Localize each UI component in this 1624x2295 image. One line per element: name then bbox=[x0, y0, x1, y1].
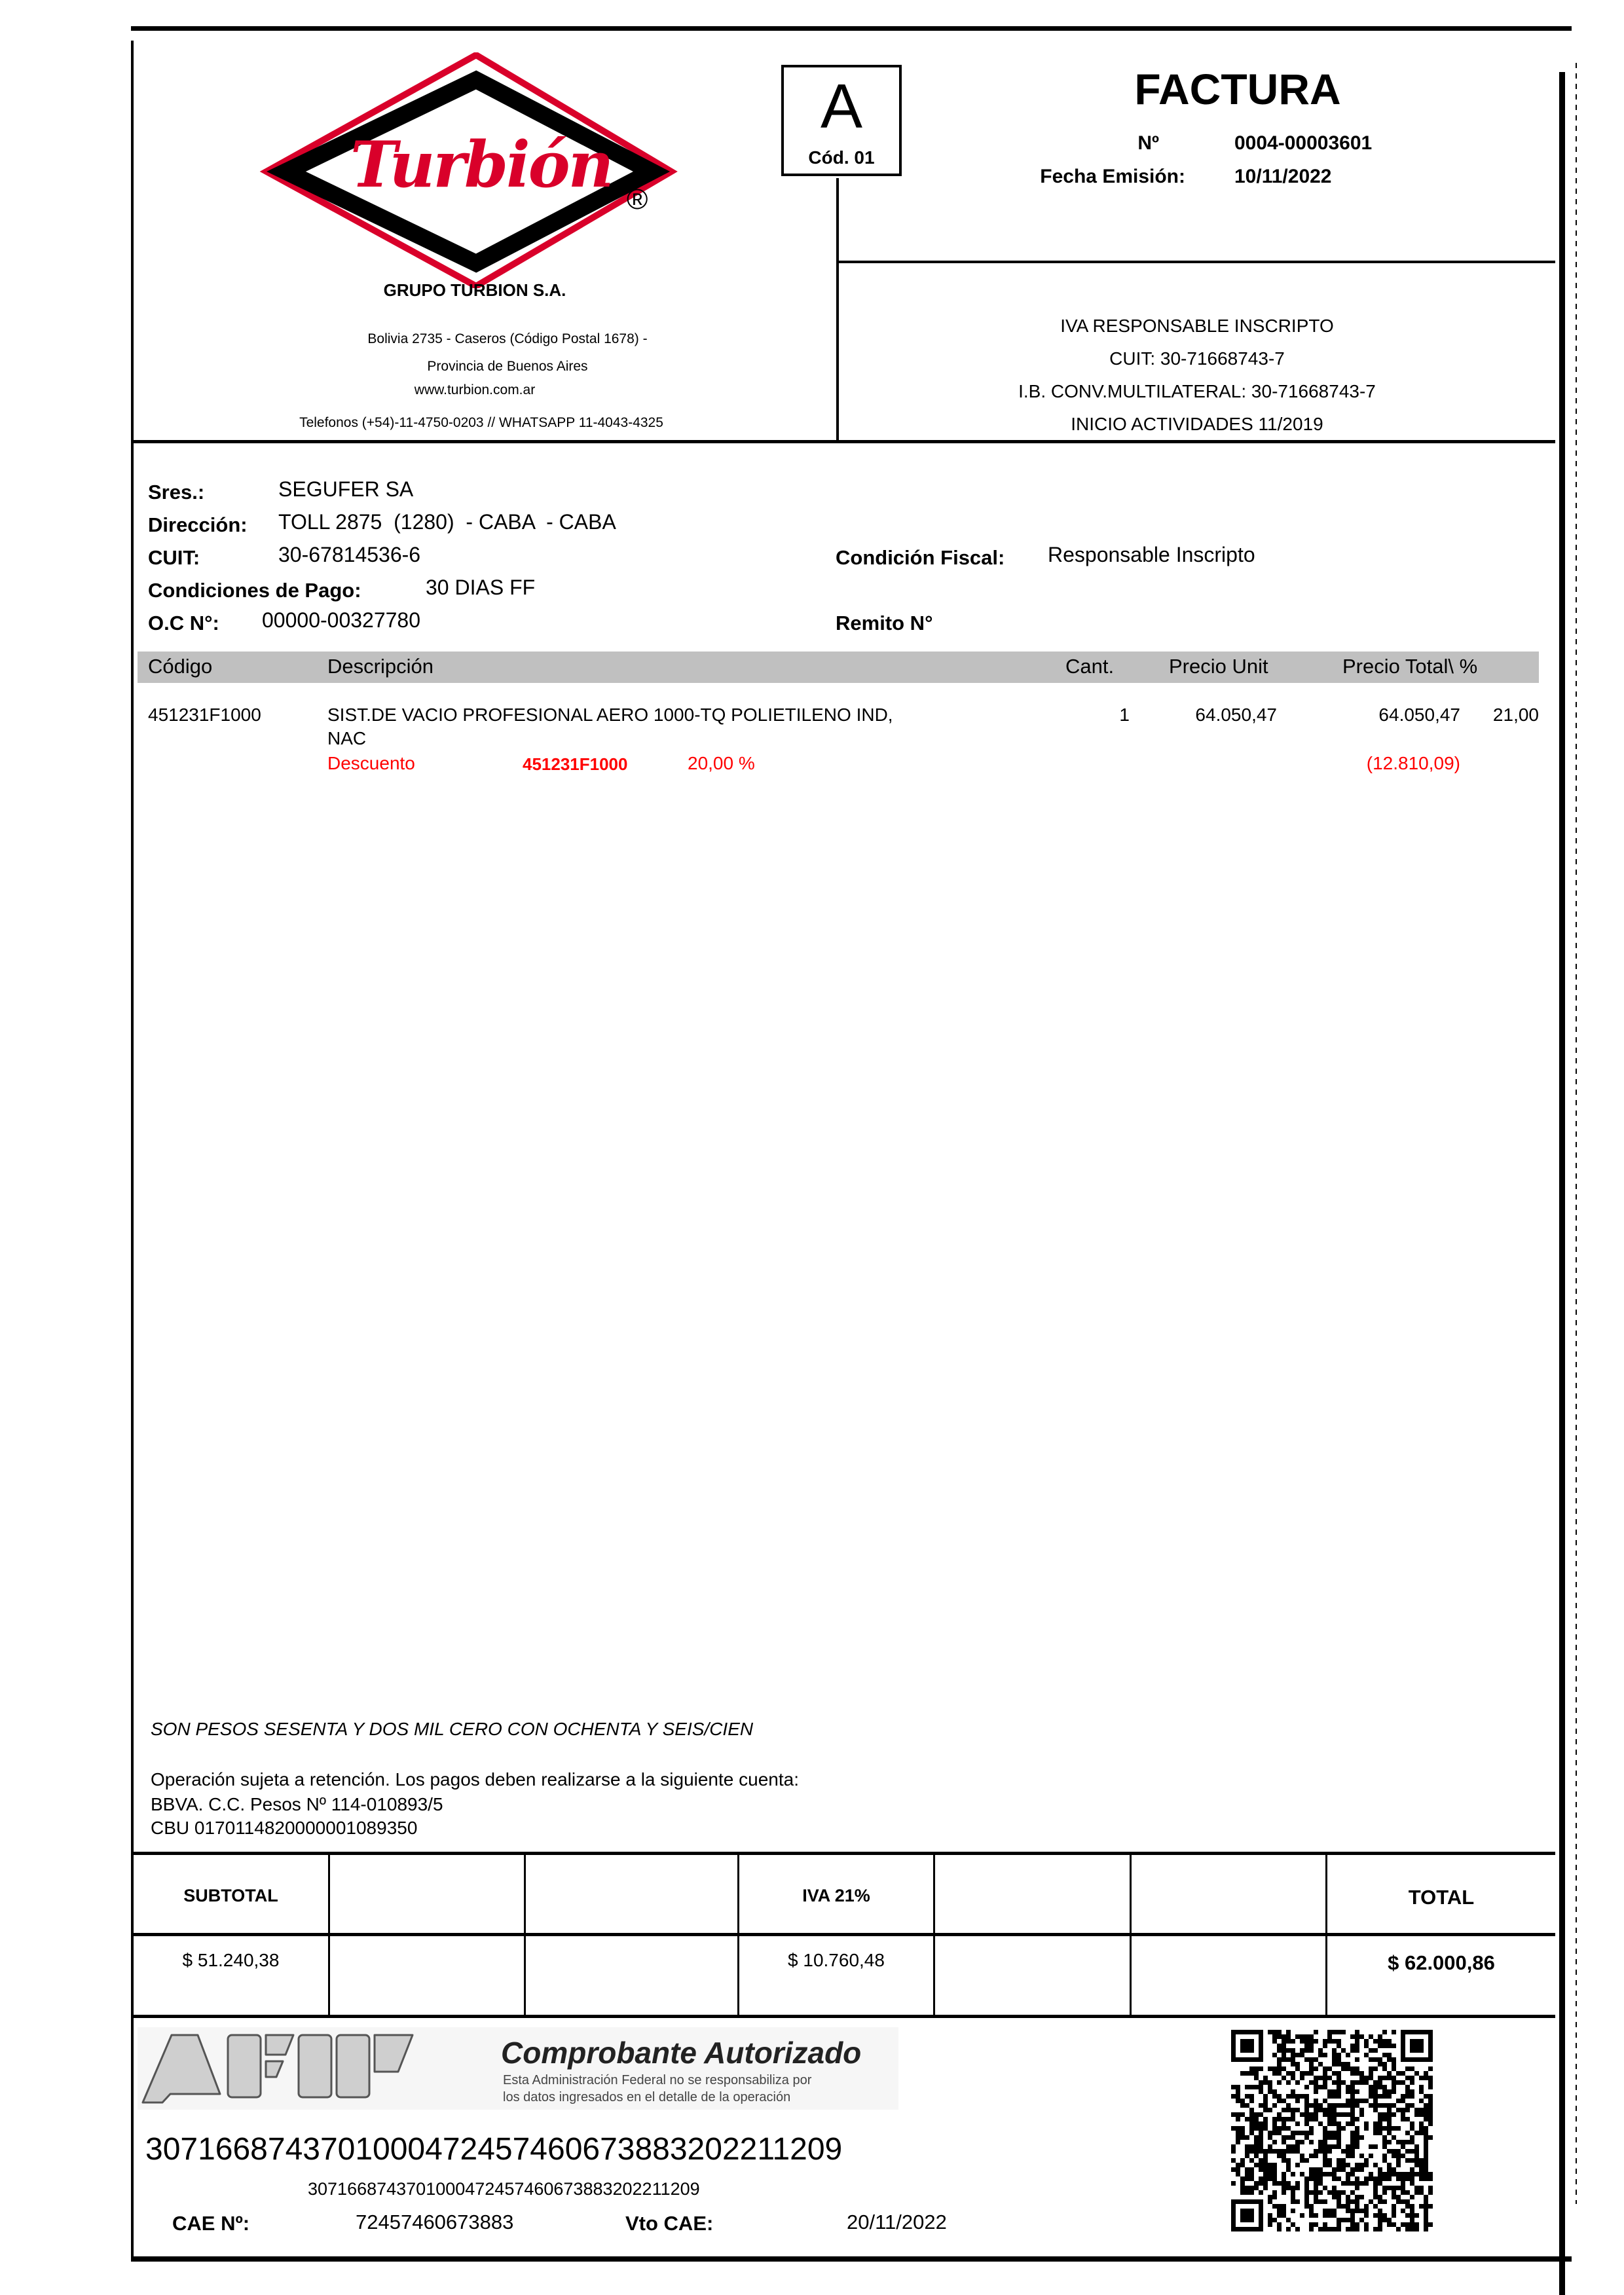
bottom-border bbox=[131, 2256, 1572, 2262]
po-label: O.C N°: bbox=[148, 612, 219, 635]
remito-label: Remito N° bbox=[836, 612, 932, 635]
totals-mid-line bbox=[131, 1933, 1555, 1936]
barcode-number-small: 3071668743701000472457460673883202211209 bbox=[308, 2179, 700, 2199]
company-website[interactable]: www.turbion.com.ar bbox=[164, 382, 786, 398]
col-header-cant: Cant. bbox=[1065, 655, 1114, 678]
cut-line bbox=[1576, 63, 1577, 2204]
cae-label: CAE Nº: bbox=[172, 2212, 249, 2235]
direccion-label: Dirección: bbox=[148, 513, 248, 537]
item-unit-price: 64.050,47 bbox=[1146, 705, 1277, 725]
cuit-label: CUIT: bbox=[148, 546, 200, 570]
right-border bbox=[1559, 72, 1565, 2295]
issuer-ib: I.B. CONV.MULTILATERAL: 30-71668743-7 bbox=[839, 381, 1555, 402]
company-logo: Turbión ® bbox=[252, 52, 697, 288]
logo-wordmark: Turbión bbox=[350, 128, 599, 202]
issue-date-label: Fecha Emisión: bbox=[1022, 166, 1185, 188]
totals-col-divider bbox=[1130, 1853, 1132, 2017]
totals-col-divider bbox=[737, 1853, 739, 2017]
company-address-line2: Provincia de Buenos Aires bbox=[196, 359, 819, 375]
po-number: 00000-00327780 bbox=[262, 608, 420, 633]
afip-title: Comprobante Autorizado bbox=[501, 2035, 861, 2070]
col-header-precio-total: Precio Total\ % bbox=[1342, 655, 1477, 678]
barcode-number-large: 3071668743701000472457460673883202211209 bbox=[145, 2131, 842, 2167]
afip-banner: Comprobante Autorizado Esta Administraci… bbox=[138, 2027, 898, 2110]
item-quantity: 1 bbox=[1048, 705, 1130, 725]
totals-col-divider bbox=[524, 1853, 526, 2017]
header-right-divider bbox=[836, 261, 1555, 263]
doc-type-letter: A bbox=[784, 74, 899, 139]
left-border bbox=[131, 41, 134, 2257]
qr-code[interactable] bbox=[1231, 2030, 1433, 2231]
discount-amount: (12.810,09) bbox=[1329, 753, 1460, 774]
company-phones: Telefonos (+54)-11-4750-0203 // WHATSAPP… bbox=[131, 415, 832, 431]
totals-col-divider bbox=[1325, 1853, 1327, 2017]
fiscal-condition-label: Condición Fiscal: bbox=[836, 546, 1005, 570]
header-bottom-divider bbox=[131, 440, 1555, 443]
doc-type-code: Cód. 01 bbox=[784, 147, 899, 168]
qr-code-icon bbox=[1231, 2030, 1433, 2231]
afip-disclaimer-line1: Esta Administración Federal no se respon… bbox=[503, 2073, 811, 2088]
payment-terms-label: Condiciones de Pago: bbox=[148, 579, 361, 602]
customer-name: SEGUFER SA bbox=[278, 477, 413, 502]
total-label: TOTAL bbox=[1327, 1886, 1555, 1909]
col-header-codigo: Código bbox=[148, 655, 212, 678]
customer-cuit: 30-67814536-6 bbox=[278, 543, 420, 567]
fiscal-condition: Responsable Inscripto bbox=[1048, 543, 1255, 567]
afip-logo-icon bbox=[138, 2027, 478, 2110]
customer-address: TOLL 2875 (1280) - CABA - CABA bbox=[278, 510, 616, 534]
payment-note-line1: Operación sujeta a retención. Los pagos … bbox=[151, 1769, 799, 1790]
payment-note-bank: BBVA. C.C. Pesos Nº 114-010893/5 bbox=[151, 1794, 443, 1815]
company-name: GRUPO TURBION S.A. bbox=[131, 280, 819, 301]
tax-condition: IVA RESPONSABLE INSCRIPTO bbox=[839, 316, 1555, 337]
invoice-number: 0004-00003601 bbox=[1234, 132, 1372, 155]
top-border bbox=[131, 26, 1572, 31]
iva-value: $ 10.760,48 bbox=[739, 1950, 933, 1971]
amount-in-words: SON PESOS SESENTA Y DOS MIL CERO CON OCH… bbox=[151, 1719, 753, 1740]
vto-cae-date: 20/11/2022 bbox=[847, 2211, 947, 2234]
totals-top-line bbox=[131, 1852, 1555, 1855]
iva-label: IVA 21% bbox=[739, 1886, 933, 1906]
col-header-precio-unit: Precio Unit bbox=[1169, 655, 1268, 678]
registered-mark: ® bbox=[627, 183, 648, 216]
sres-label: Sres.: bbox=[148, 481, 204, 504]
totals-bottom-line bbox=[131, 2015, 1555, 2018]
issue-date: 10/11/2022 bbox=[1234, 166, 1332, 188]
subtotal-value: $ 51.240,38 bbox=[134, 1950, 328, 1971]
item-total-price: 64.050,47 bbox=[1329, 705, 1460, 725]
invoice-title: FACTURA bbox=[1048, 64, 1428, 114]
discount-label: Descuento bbox=[327, 753, 415, 774]
cae-number: 72457460673883 bbox=[356, 2211, 513, 2234]
item-description-line1: SIST.DE VACIO PROFESIONAL AERO 1000-TQ P… bbox=[327, 705, 893, 725]
payment-terms: 30 DIAS FF bbox=[426, 576, 535, 600]
afip-disclaimer-line2: los datos ingresados en el detalle de la… bbox=[503, 2090, 790, 2105]
total-value: $ 62.000,86 bbox=[1327, 1951, 1555, 1975]
item-iva-pct: 21,00 bbox=[1473, 705, 1539, 725]
item-description-line2: NAC bbox=[327, 728, 366, 749]
issuer-cuit: CUIT: 30-71668743-7 bbox=[839, 348, 1555, 369]
vto-cae-label: Vto CAE: bbox=[625, 2212, 713, 2235]
activity-start: INICIO ACTIVIDADES 11/2019 bbox=[839, 414, 1555, 435]
col-header-descripcion: Descripción bbox=[327, 655, 434, 678]
discount-code: 451231F1000 bbox=[523, 754, 627, 775]
subtotal-label: SUBTOTAL bbox=[134, 1886, 328, 1906]
totals-col-divider bbox=[933, 1853, 935, 2017]
payment-note-cbu: CBU 0170114820000001089350 bbox=[151, 1818, 417, 1839]
totals-col-divider bbox=[328, 1853, 330, 2017]
item-code: 451231F1000 bbox=[148, 705, 261, 725]
company-address-line1: Bolivia 2735 - Caseros (Código Postal 16… bbox=[196, 331, 819, 347]
discount-percent: 20,00 % bbox=[688, 753, 755, 774]
doc-type-box: A Cód. 01 bbox=[781, 65, 902, 176]
